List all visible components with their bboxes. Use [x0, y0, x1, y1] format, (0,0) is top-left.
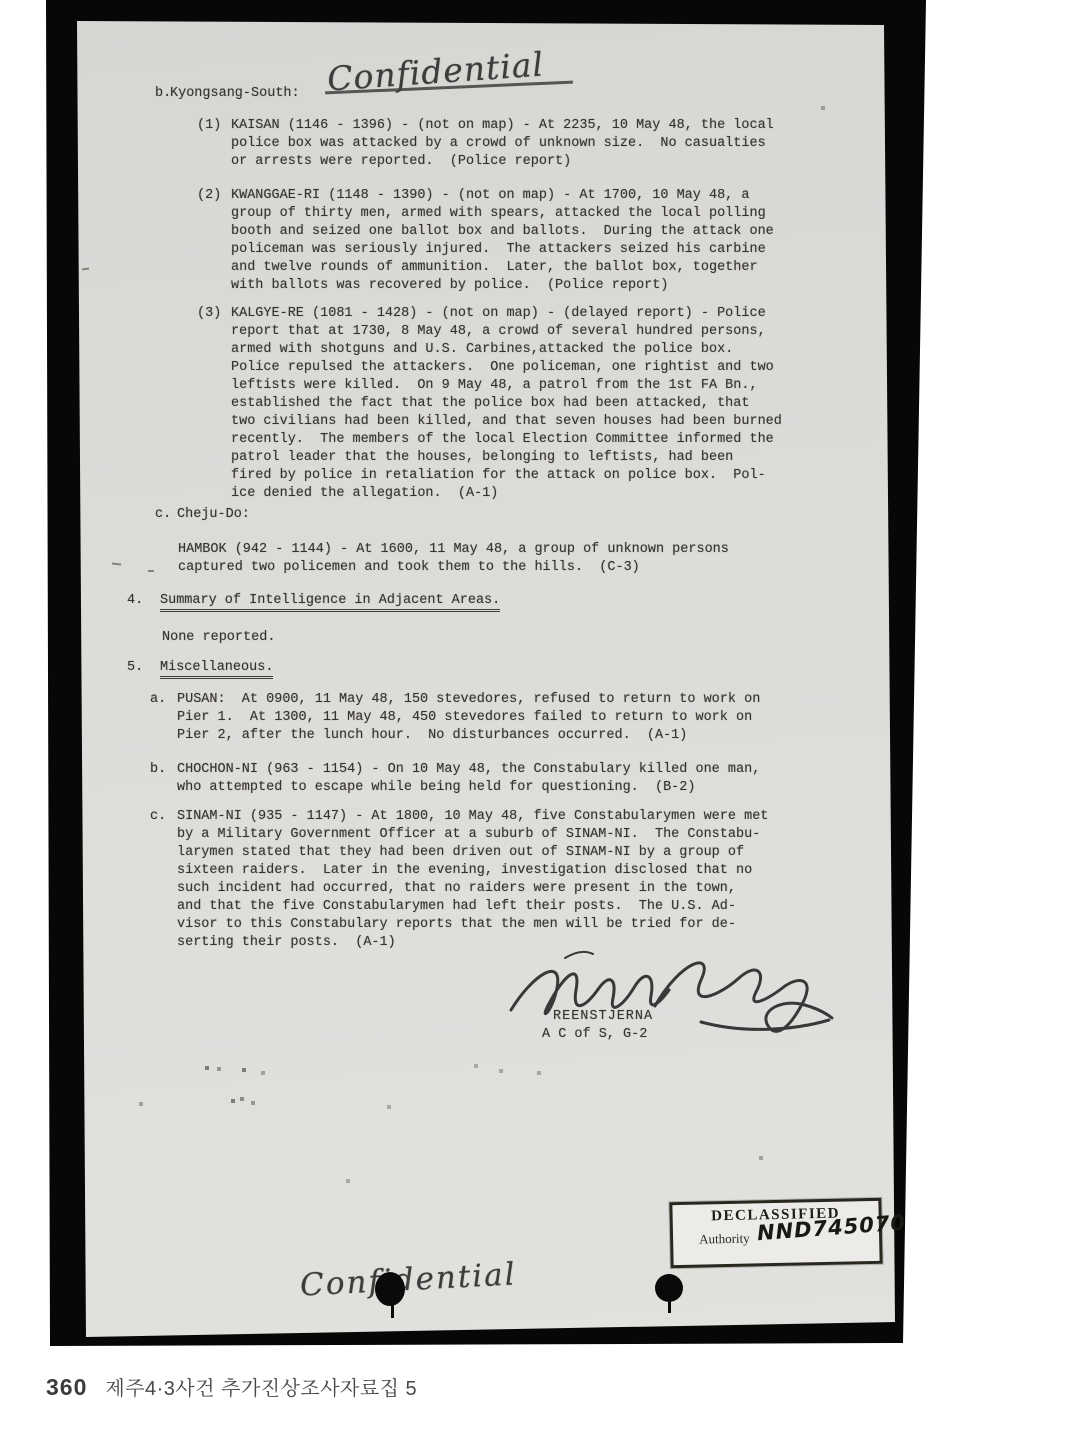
entry-1-number: (1) [197, 117, 221, 135]
ink-blob-left-drip [391, 1303, 394, 1318]
item-5-heading: Miscellaneous. [160, 659, 273, 677]
entry-2-text: KWANGGAE-RI (1148 - 1390) - (not on map)… [231, 187, 774, 295]
scan-noise-specks [0, 0, 2, 2]
book-page-caption: 360 제주4·3사건 추가진상조사자료집 5 [46, 1372, 417, 1401]
scanned-document-page: Confidential b. Kyongsang-South: (1) KAI… [0, 0, 1080, 1439]
entry-1-text: KAISAN (1146 - 1396) - (not on map) - At… [231, 117, 774, 171]
misc-a-text: PUSAN: At 0900, 11 May 48, 150 stevedore… [177, 691, 760, 745]
misc-a-label: a. [150, 691, 166, 709]
item-4-body: None reported. [162, 629, 275, 647]
declassified-stamp: DECLASSIFIED Authority NND745070 [669, 1198, 882, 1268]
book-page-number: 360 [46, 1374, 87, 1401]
signature-typed-title: A C of S, G-2 [542, 1026, 647, 1044]
section-b-label: b. [155, 85, 171, 103]
ink-blob-right-drip [668, 1299, 671, 1313]
item-5-number: 5. [127, 659, 143, 677]
item-4-heading: Summary of Intelligence in Adjacent Area… [160, 592, 500, 610]
item-4-number: 4. [127, 592, 143, 610]
misc-b-text: CHOCHON-NI (963 - 1154) - On 10 May 48, … [177, 761, 760, 797]
ink-blob-right [655, 1274, 683, 1302]
entry-3-text: KALGYE-RE (1081 - 1428) - (not on map) -… [231, 305, 782, 503]
book-title: 제주4·3사건 추가진상조사자료집 5 [105, 1372, 417, 1401]
section-c-label: c. [155, 506, 171, 524]
signature-typed-name: REENSTJERNA [553, 1008, 653, 1026]
section-b-title: Kyongsang-South: [170, 85, 300, 103]
entry-2-number: (2) [197, 187, 221, 205]
entry-3-number: (3) [197, 305, 221, 323]
hambok-paragraph: HAMBOK (942 - 1144) - At 1600, 11 May 48… [178, 541, 729, 577]
misc-c-label: c. [150, 808, 166, 826]
declassified-authority-label: Authority [699, 1231, 750, 1248]
misc-b-label: b. [150, 761, 166, 779]
section-c-title: Cheju-Do: [177, 506, 250, 524]
pencil-dash-2 [148, 570, 154, 572]
ink-blob-left [375, 1272, 405, 1306]
misc-c-text: SINAM-NI (935 - 1147) - At 1800, 10 May … [177, 808, 768, 952]
